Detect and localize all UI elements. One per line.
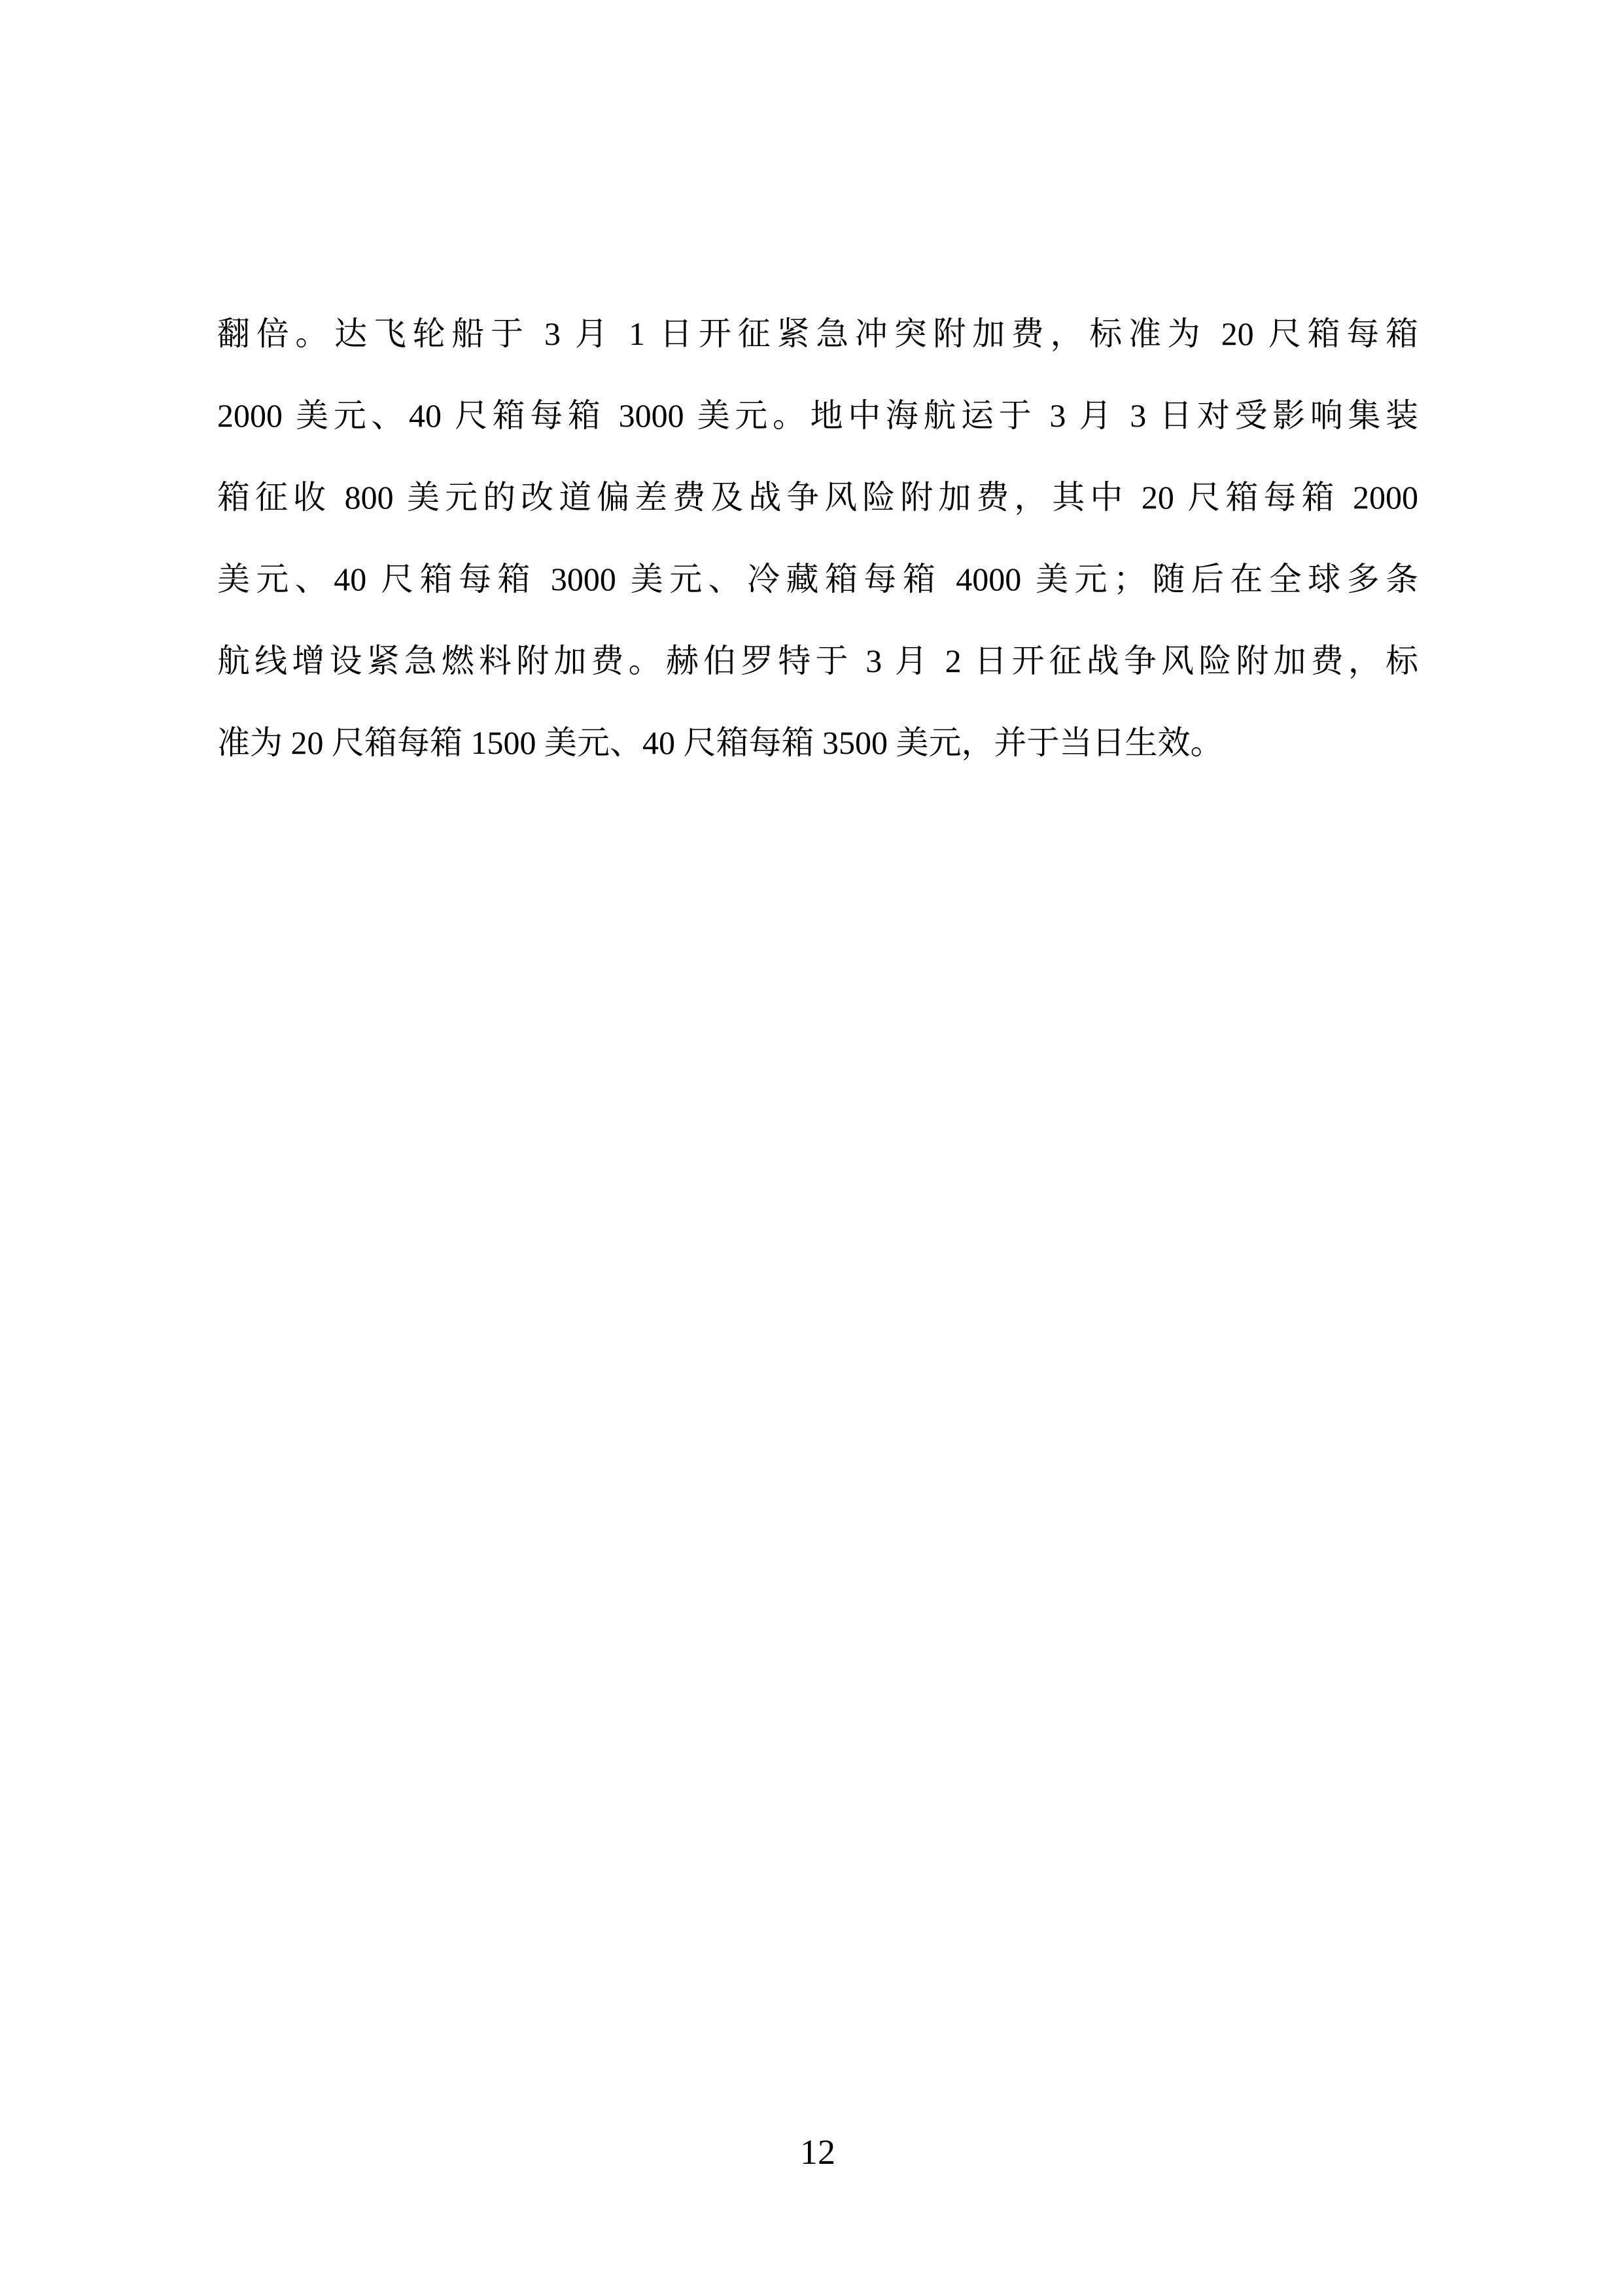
paragraph: 翻倍。达飞轮船于 3 月 1 日开征紧急冲突附加费，标准为 20 尺箱每箱 20… xyxy=(217,293,1418,784)
paragraph-line-1: 翻倍。达飞轮船于 3 月 1 日开征紧急冲突附加费，标准为 20 尺箱每箱 xyxy=(217,293,1418,375)
paragraph-line-2: 2000 美元、40 尺箱每箱 3000 美元。地中海航运于 3 月 3 日对受… xyxy=(217,375,1418,457)
document-page: 翻倍。达飞轮船于 3 月 1 日开征紧急冲突附加费，标准为 20 尺箱每箱 20… xyxy=(0,0,1623,2296)
page-number: 12 xyxy=(217,2132,1418,2172)
paragraph-line-6: 准为 20 尺箱每箱 1500 美元、40 尺箱每箱 3500 美元，并于当日生… xyxy=(217,702,1418,784)
paragraph-line-5: 航线增设紧急燃料附加费。赫伯罗特于 3 月 2 日开征战争风险附加费，标 xyxy=(217,620,1418,702)
paragraph-line-4: 美元、40 尺箱每箱 3000 美元、冷藏箱每箱 4000 美元；随后在全球多条 xyxy=(217,539,1418,620)
paragraph-line-3: 箱征收 800 美元的改道偏差费及战争风险附加费，其中 20 尺箱每箱 2000 xyxy=(217,457,1418,539)
